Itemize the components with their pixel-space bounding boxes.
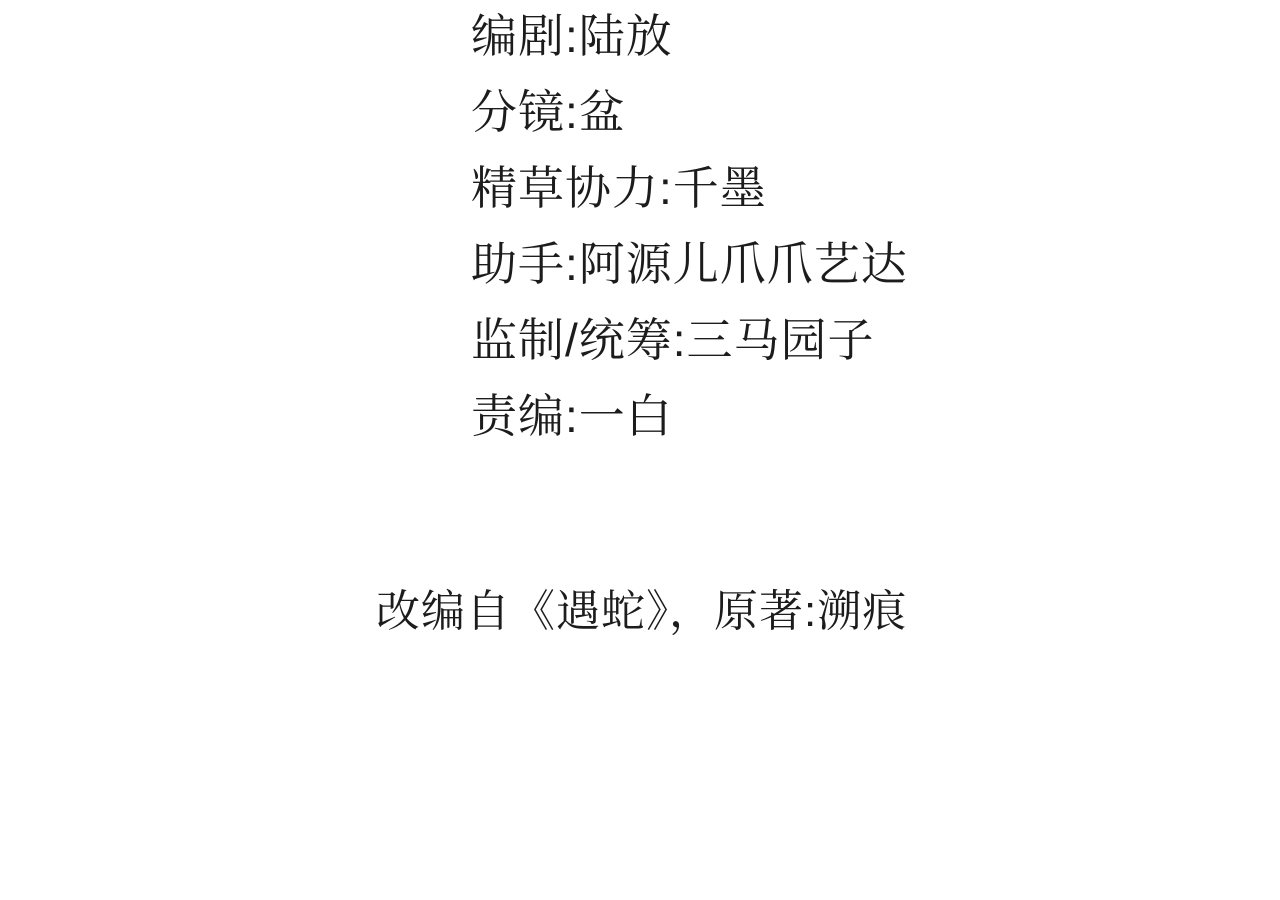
credit-line-supervisor: 监制/统筹:三马园子: [471, 302, 908, 378]
credit-line-assistants: 助手:阿源儿爪爪艺达: [471, 226, 908, 302]
credit-line-editor: 责编:一白: [471, 378, 908, 454]
credit-line-storyboard: 分镜:盆: [471, 74, 908, 150]
adaptation-note: 改编自《遇蛇》，原著:溯痕: [376, 582, 907, 642]
credits-block: 编剧:陆放 分镜:盆 精草协力:千墨 助手:阿源儿爪爪艺达 监制/统筹:三马园子…: [471, 0, 908, 454]
credit-line-draft-assist: 精草协力:千墨: [471, 150, 908, 226]
credit-line-screenwriter: 编剧:陆放: [471, 0, 908, 74]
credits-page: 编剧:陆放 分镜:盆 精草协力:千墨 助手:阿源儿爪爪艺达 监制/统筹:三马园子…: [0, 0, 1280, 900]
